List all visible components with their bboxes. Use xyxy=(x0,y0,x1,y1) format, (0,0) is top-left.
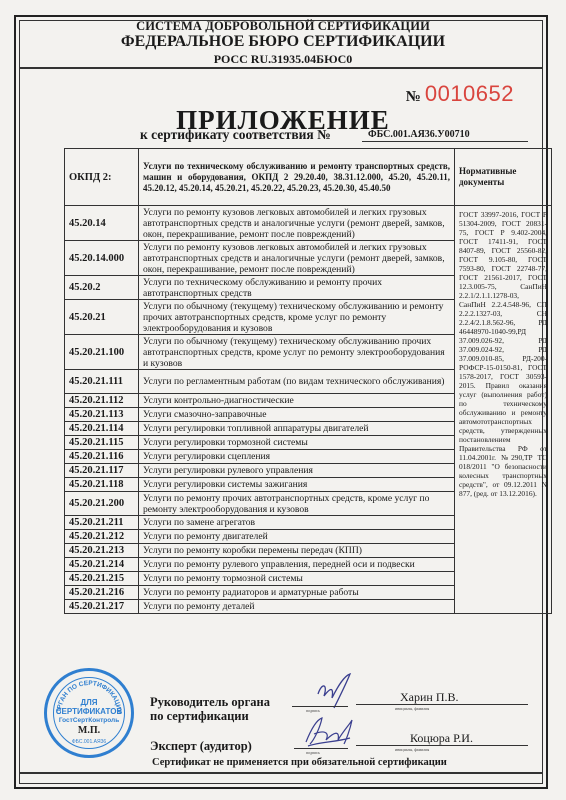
expert-signature-caption: подпись xyxy=(306,750,320,755)
service-description: Услуги по обычному (текущему) техническо… xyxy=(139,335,455,370)
form-number: № 0010652 xyxy=(406,81,514,107)
certification-stamp: ОРГАН ПО СЕРТИФИКАЦИИ ДЛЯ СЕРТИФИКАТОВ Г… xyxy=(44,668,134,758)
okpd-code: 45.20.21.116 xyxy=(65,450,139,464)
head-name-line xyxy=(356,704,528,705)
expert-signature xyxy=(300,712,360,752)
service-description: Услуги по ремонту кузовов легковых автом… xyxy=(139,206,455,241)
service-description: Услуги по ремонту прочих автотранспортны… xyxy=(139,492,455,516)
okpd-code: 45.20.21.117 xyxy=(65,464,139,478)
table-header-row: ОКПД 2: Услуги по техническому обслужива… xyxy=(65,149,552,206)
footer-note: Сертификат не применяется при обязательн… xyxy=(152,757,447,768)
okpd-code: 45.20.14.000 xyxy=(65,241,139,276)
header-norms: Нормативные документы xyxy=(455,149,552,206)
stamp-line-1: ДЛЯ xyxy=(47,698,131,707)
service-description: Услуги по ремонту тормозной системы xyxy=(139,572,455,586)
okpd-code: 45.20.21.200 xyxy=(65,492,139,516)
header-description: Услуги по техническому обслуживанию и ре… xyxy=(139,149,455,206)
okpd-code: 45.20.14 xyxy=(65,206,139,241)
okpd-code: 45.20.2 xyxy=(65,276,139,300)
head-signature-line xyxy=(292,706,348,707)
services-table: ОКПД 2: Услуги по техническому обслужива… xyxy=(64,148,552,614)
service-description: Услуги по регламентным работам (по видам… xyxy=(139,370,455,394)
service-description: Услуги смазочно-заправочные xyxy=(139,408,455,422)
expert-name-line xyxy=(356,745,528,746)
head-name: Харин П.В. xyxy=(400,690,459,705)
okpd-code: 45.20.21.214 xyxy=(65,558,139,572)
service-description: Услуги регулировки рулевого управления xyxy=(139,464,455,478)
service-description: Услуги по ремонту рулевого управления, п… xyxy=(139,558,455,572)
document-subtitle: к сертификату соответствия № xyxy=(140,127,331,143)
expert-name-caption: инициалы, фамилия xyxy=(395,747,429,752)
okpd-code: 45.20.21.212 xyxy=(65,530,139,544)
okpd-code: 45.20.21.211 xyxy=(65,516,139,530)
expert-label: Эксперт (аудитор) xyxy=(150,739,252,754)
stamp-code: ФБС.001.АЯ36 xyxy=(47,739,131,745)
bureau-title: ФЕДЕРАЛЬНОЕ БЮРО СЕРТИФИКАЦИИ xyxy=(0,33,566,51)
header-divider xyxy=(20,67,542,69)
certification-system-title: СИСТЕМА ДОБРОВОЛЬНОЙ СЕРТИФИКАЦИИ xyxy=(0,19,566,34)
service-description: Услуги по ремонту кузовов легковых автом… xyxy=(139,241,455,276)
okpd-code: 45.20.21.217 xyxy=(65,600,139,614)
okpd-code: 45.20.21.111 xyxy=(65,370,139,394)
okpd-code: 45.20.21.115 xyxy=(65,436,139,450)
service-description: Услуги по техническому обслуживанию и ре… xyxy=(139,276,455,300)
table-row: 45.20.14Услуги по ремонту кузовов легков… xyxy=(65,206,552,241)
head-of-body-label: Руководитель органа по сертификации xyxy=(150,695,270,723)
okpd-code: 45.20.21.213 xyxy=(65,544,139,558)
certificate-number: ФБС.001.АЯ36.У00710 xyxy=(362,129,528,142)
registry-number: РОСС RU.31935.04БЮС0 xyxy=(0,52,566,67)
head-role-line-1: Руководитель органа xyxy=(150,695,270,709)
service-description: Услуги регулировки сцепления xyxy=(139,450,455,464)
head-name-caption: инициалы, фамилия xyxy=(395,706,429,711)
stamp-mp: М.П. xyxy=(47,725,131,736)
service-description: Услуги регулировки топливной аппаратуры … xyxy=(139,422,455,436)
service-description: Услуги по замене агрегатов xyxy=(139,516,455,530)
expert-signature-line xyxy=(294,748,348,749)
okpd-code: 45.20.21.118 xyxy=(65,478,139,492)
number-symbol: № xyxy=(406,89,421,105)
okpd-code: 45.20.21.114 xyxy=(65,422,139,436)
okpd-code: 45.20.21.100 xyxy=(65,335,139,370)
okpd-code: 45.20.21.215 xyxy=(65,572,139,586)
service-description: Услуги по ремонту двигателей xyxy=(139,530,455,544)
head-role-line-2: по сертификации xyxy=(150,709,270,723)
service-description: Услуги по ремонту деталей xyxy=(139,600,455,614)
service-description: Услуги контрольно-диагностические xyxy=(139,394,455,408)
stamp-line-3: ГостСертКонтроль xyxy=(47,717,131,724)
expert-name: Коцюра Р.И. xyxy=(410,731,473,746)
service-description: Услуги по обычному (текущему) техническо… xyxy=(139,300,455,335)
service-description: Услуги регулировки тормозной системы xyxy=(139,436,455,450)
header-code: ОКПД 2: xyxy=(65,149,139,206)
form-number-value: 0010652 xyxy=(425,81,514,106)
footer-divider xyxy=(20,772,542,774)
service-description: Услуги по ремонту радиаторов и арматурны… xyxy=(139,586,455,600)
service-description: Услуги регулировки системы зажигания xyxy=(139,478,455,492)
okpd-code: 45.20.21.112 xyxy=(65,394,139,408)
okpd-code: 45.20.21 xyxy=(65,300,139,335)
normative-documents: ГОСТ 33997-2016, ГОСТ Р 51304-2009, ГОСТ… xyxy=(455,206,552,614)
stamp-line-2: СЕРТИФИКАТОВ xyxy=(47,707,131,716)
service-description: Услуги по ремонту коробки перемены перед… xyxy=(139,544,455,558)
okpd-code: 45.20.21.216 xyxy=(65,586,139,600)
okpd-code: 45.20.21.113 xyxy=(65,408,139,422)
